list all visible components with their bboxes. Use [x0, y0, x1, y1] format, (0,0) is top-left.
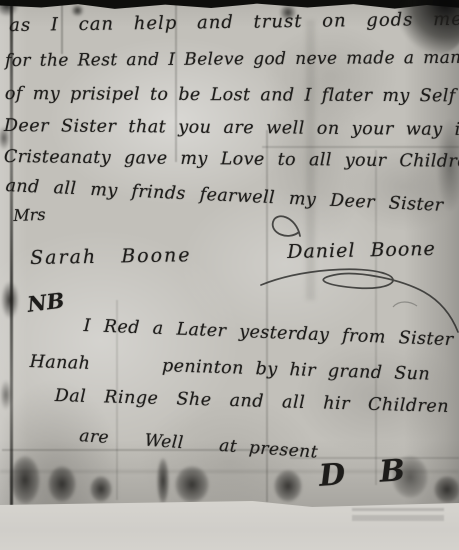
- letter-page: as I can help and trust on gods mercy fo…: [0, 0, 459, 550]
- addressee-name: Sarah Boone: [30, 244, 192, 269]
- signature-name: Daniel Boone: [287, 238, 436, 263]
- postscript-marker: NB: [26, 287, 66, 316]
- letter-line: for the Rest and I Beleve god neve made …: [5, 48, 459, 71]
- ink-blotch: [1, 281, 19, 319]
- bottom-stain: [175, 466, 209, 503]
- bottom-stain: [10, 456, 40, 504]
- bottom-stain: [48, 466, 76, 502]
- letter-line: of my prisipel to be Lost and I flater m…: [5, 84, 456, 106]
- bottom-stain: [157, 458, 169, 504]
- faint-print-smudge: [352, 506, 444, 528]
- bottom-stain: [434, 476, 459, 503]
- letter-line: Deer Sister that you are well on your wa…: [4, 116, 459, 140]
- bottom-stain: [274, 470, 302, 502]
- left-fold-edge: [10, 0, 13, 506]
- addressee-title: Mrs: [13, 205, 46, 225]
- bottom-stain: [90, 476, 112, 502]
- crease-horizontal: [262, 146, 459, 148]
- ink-blotch: [0, 380, 12, 410]
- postscript-initials: D B: [318, 452, 418, 494]
